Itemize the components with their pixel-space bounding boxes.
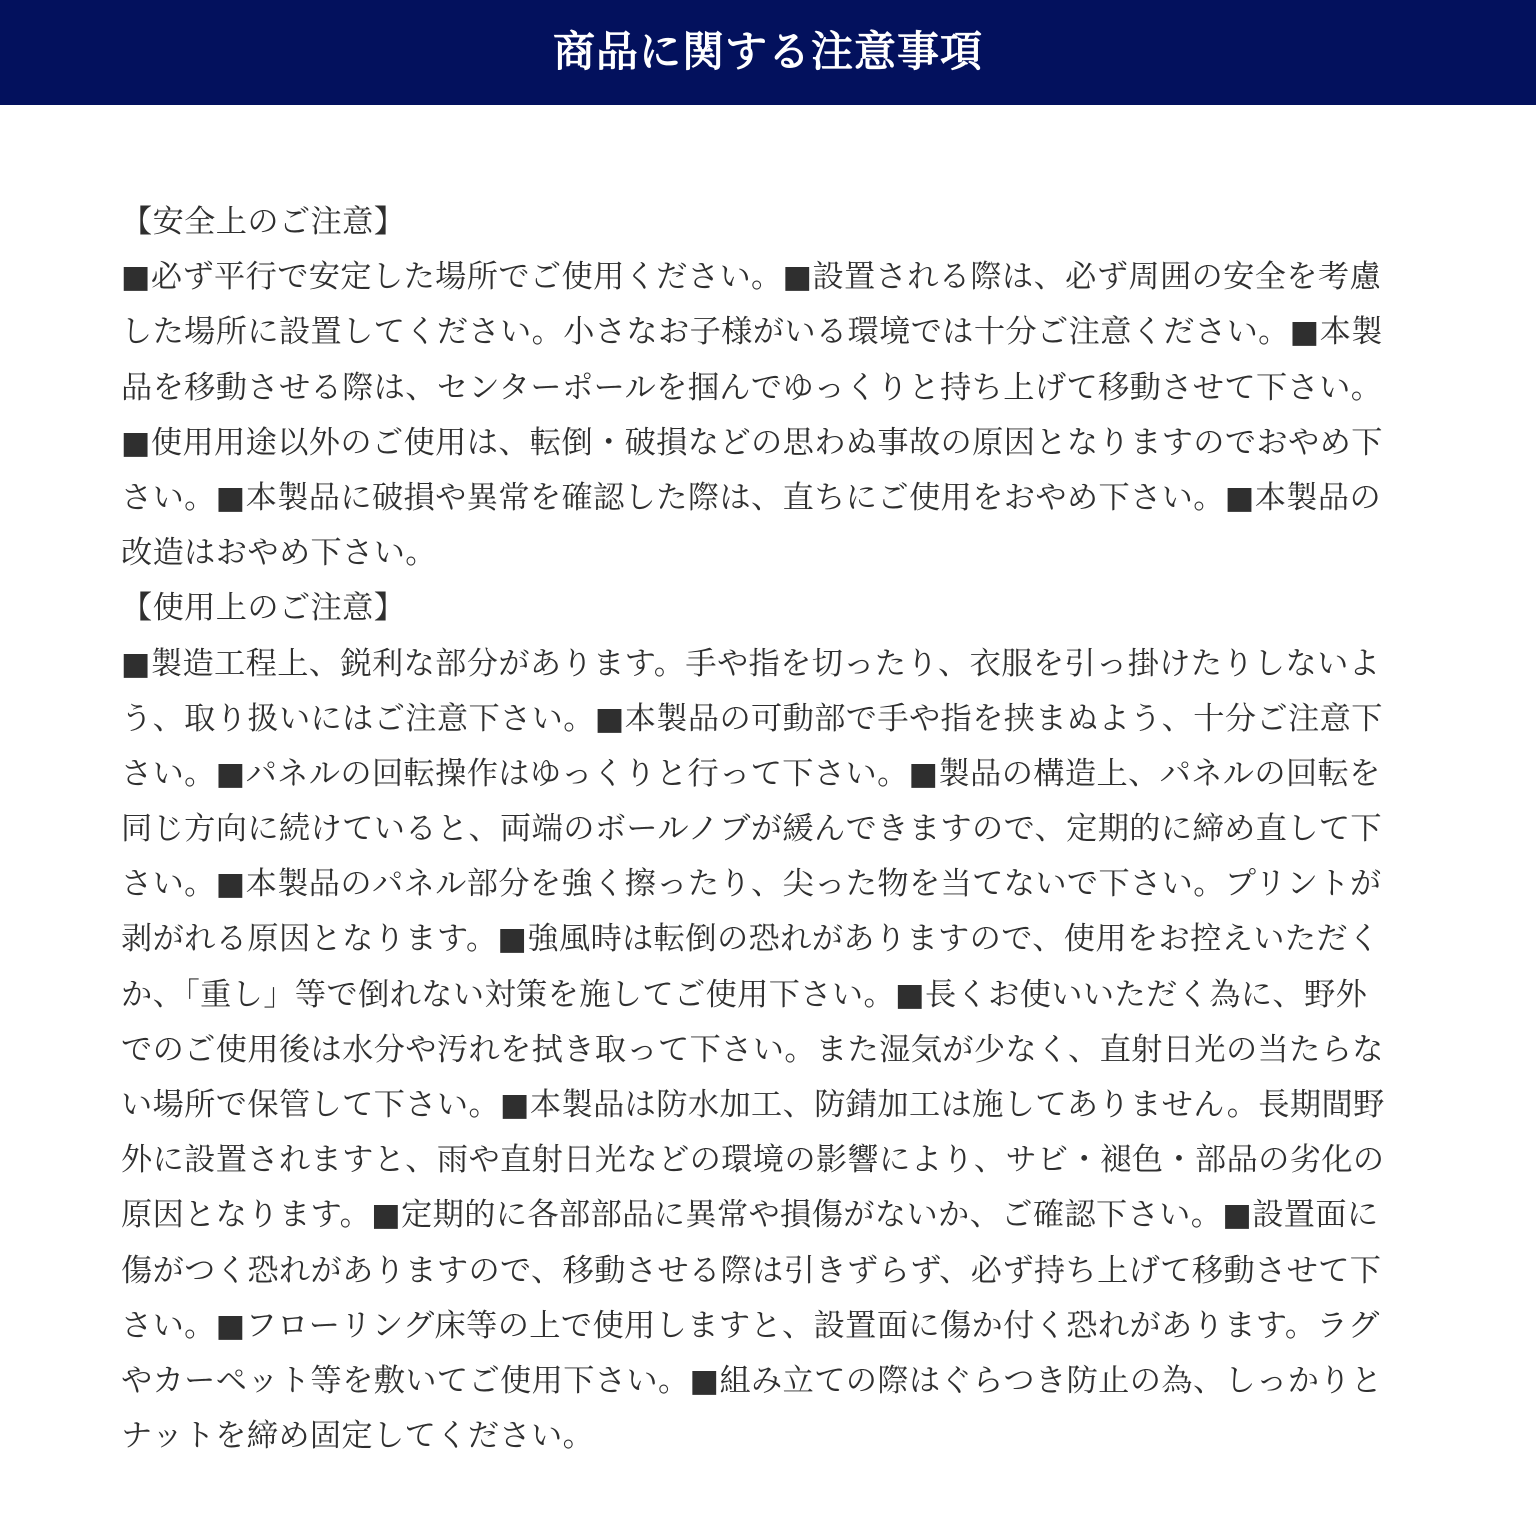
notice-line: 傷がつく恐れがありますので、移動させる際は引きずらず、必ず持ち上げて移動させて下 bbox=[121, 1244, 1421, 1299]
notice-line: さい。■本製品に破損や異常を確認した際は、直ちにご使用をおやめ下さい。■本製品の bbox=[121, 471, 1421, 526]
notice-content: 【安全上のご注意】 ■必ず平行で安定した場所でご使用ください。■設置される際は、… bbox=[121, 195, 1421, 1464]
notice-line: さい。■フローリング床等の上で使用しますと、設置面に傷か付く恐れがあります。ラグ bbox=[121, 1299, 1421, 1354]
notice-line: 同じ方向に続けていると、両端のボールノブが緩んできますので、定期的に締め直して下 bbox=[121, 802, 1421, 857]
page-title: 商品に関する注意事項 bbox=[553, 19, 983, 79]
notice-line: 改造はおやめ下さい。 bbox=[121, 526, 1421, 581]
notice-line: でのご使用後は水分や汚れを拭き取って下さい。また湿気が少なく、直射日光の当たらな bbox=[121, 1023, 1421, 1078]
notice-line: した場所に設置してください。小さなお子様がいる環境では十分ご注意ください。■本製 bbox=[121, 305, 1421, 360]
notice-line: やカーペット等を敷いてご使用下さい。■組み立ての際はぐらつき防止の為、しっかりと bbox=[121, 1354, 1421, 1409]
notice-line: か、「重し」等で倒れない対策を施してご使用下さい。■長くお使いいただく為に、野外 bbox=[121, 968, 1421, 1023]
section-heading-safety: 【安全上のご注意】 bbox=[121, 195, 1421, 250]
notice-line: ■使用用途以外のご使用は、転倒・破損などの思わぬ事故の原因となりますのでおやめ下 bbox=[121, 416, 1421, 471]
notice-line: い場所で保管して下さい。■本製品は防水加工、防錆加工は施してありません。長期間野 bbox=[121, 1078, 1421, 1133]
notice-line: 品を移動させる際は、センターポールを掴んでゆっくりと持ち上げて移動させて下さい。 bbox=[121, 361, 1421, 416]
notice-line: さい。■本製品のパネル部分を強く擦ったり、尖った物を当てないで下さい。プリントが bbox=[121, 857, 1421, 912]
section-heading-usage: 【使用上のご注意】 bbox=[121, 581, 1421, 636]
notice-line: 原因となります。■定期的に各部部品に異常や損傷がないか、ご確認下さい。■設置面に bbox=[121, 1188, 1421, 1243]
notice-line: さい。■パネルの回転操作はゆっくりと行って下さい。■製品の構造上、パネルの回転を bbox=[121, 747, 1421, 802]
page-header: 商品に関する注意事項 bbox=[0, 0, 1536, 105]
notice-line: ■必ず平行で安定した場所でご使用ください。■設置される際は、必ず周囲の安全を考慮 bbox=[121, 250, 1421, 305]
notice-line: う、取り扱いにはご注意下さい。■本製品の可動部で手や指を挟まぬよう、十分ご注意下 bbox=[121, 692, 1421, 747]
notice-line: 外に設置されますと、雨や直射日光などの環境の影響により、サビ・褪色・部品の劣化の bbox=[121, 1133, 1421, 1188]
notice-line: ナットを締め固定してください。 bbox=[121, 1409, 1421, 1464]
usage-notice-section: 【使用上のご注意】 ■製造工程上、鋭利な部分があります。手や指を切ったり、衣服を… bbox=[121, 581, 1421, 1464]
notice-line: ■製造工程上、鋭利な部分があります。手や指を切ったり、衣服を引っ掛けたりしないよ bbox=[121, 637, 1421, 692]
notice-line: 剥がれる原因となります。■強風時は転倒の恐れがありますので、使用をお控えいただく bbox=[121, 912, 1421, 967]
safety-notice-section: 【安全上のご注意】 ■必ず平行で安定した場所でご使用ください。■設置される際は、… bbox=[121, 195, 1421, 581]
